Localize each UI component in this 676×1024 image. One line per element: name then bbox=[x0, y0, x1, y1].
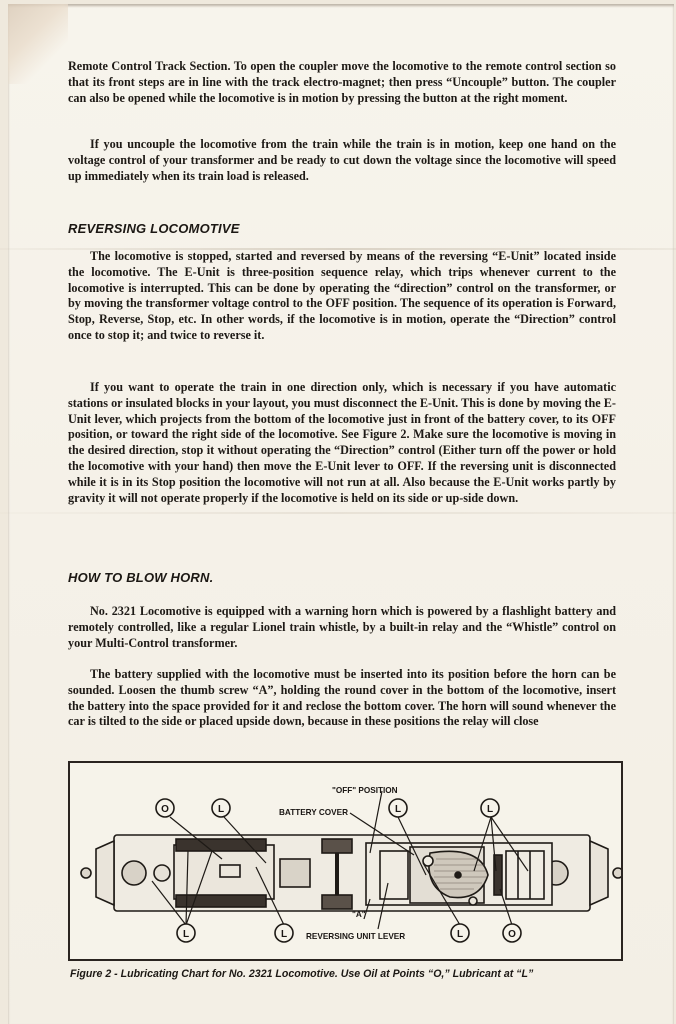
callout-oil-right: O bbox=[508, 929, 516, 940]
callout-lubricant: L bbox=[183, 929, 189, 940]
section-heading-horn: HOW TO BLOW HORN. bbox=[68, 570, 213, 585]
paragraph-coupler-instructions: Remote Control Track Section. To open th… bbox=[68, 59, 616, 106]
callout-lubricant: L bbox=[395, 804, 401, 815]
label-reversing-unit-lever: REVERSING UNIT LEVER bbox=[306, 932, 405, 941]
label-battery-cover: BATTERY COVER bbox=[279, 808, 348, 817]
locomotive-underside-diagram: O L L L L L L O "OFF" POSITION BATTERY C… bbox=[70, 763, 621, 959]
paragraph-uncouple-warning: If you uncouple the locomotive from the … bbox=[68, 137, 616, 184]
label-off-position: "OFF" POSITION bbox=[332, 786, 398, 795]
label-thumb-screw-a: "A" bbox=[352, 910, 366, 919]
callout-lubricant: L bbox=[457, 929, 463, 940]
section-heading-reversing: REVERSING LOCOMOTIVE bbox=[68, 221, 240, 236]
paragraph-one-direction: If you want to operate the train in one … bbox=[68, 380, 616, 506]
paragraph-e-unit-description: The locomotive is stopped, started and r… bbox=[68, 249, 616, 344]
callout-oil-left: O bbox=[161, 804, 169, 815]
paper-fold-line bbox=[0, 512, 676, 514]
paragraph-horn-description: No. 2321 Locomotive is equipped with a w… bbox=[68, 604, 616, 651]
lubrication-figure: O L L L L L L O "OFF" POSITION BATTERY C… bbox=[68, 761, 623, 961]
paragraph-battery-instructions: The battery supplied with the locomotive… bbox=[68, 667, 616, 730]
page-corner-fold bbox=[8, 4, 68, 84]
callout-lubricant: L bbox=[487, 804, 493, 815]
callout-lubricant: L bbox=[218, 804, 224, 815]
figure-caption: Figure 2 - Lubricating Chart for No. 232… bbox=[70, 968, 640, 980]
callout-lubricant: L bbox=[281, 929, 287, 940]
